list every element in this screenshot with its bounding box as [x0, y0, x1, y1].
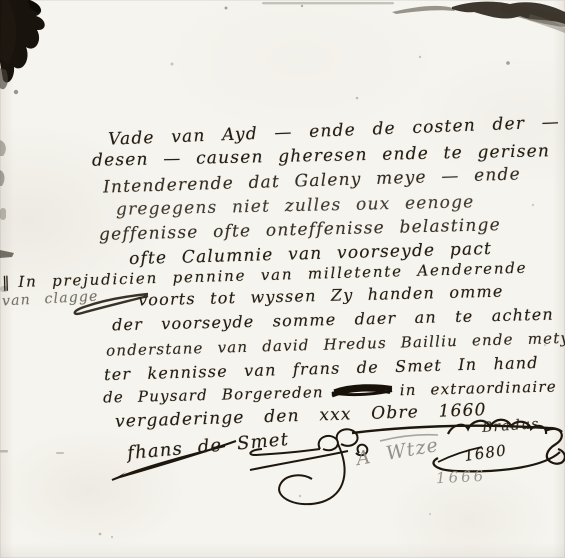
- struck-out-word-scribble: [330, 381, 394, 399]
- margin-mark: ‖: [2, 273, 12, 291]
- manuscript-scan: Vade van Ayd — ende de costen der — dese…: [0, 0, 565, 558]
- manuscript-line-text: in extraordinaire: [400, 377, 558, 399]
- pencil-date: 1666: [436, 467, 487, 488]
- smudge-top-right: [262, 2, 565, 33]
- ink-blot-top-left: [0, 0, 45, 94]
